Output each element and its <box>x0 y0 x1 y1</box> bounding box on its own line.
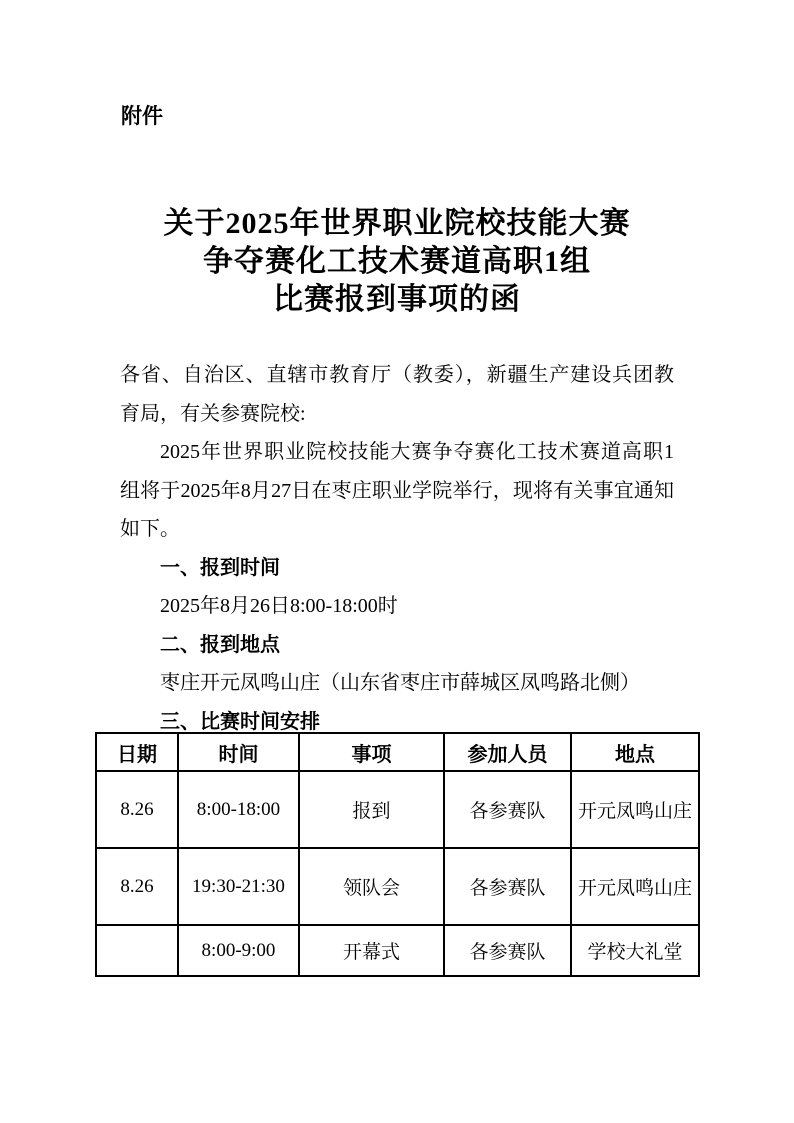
table-cell: 开幕式 <box>299 925 444 976</box>
table-cell: 8:00-18:00 <box>178 771 299 848</box>
title-line-2: 争夺赛化工技术赛道高职1组 <box>0 243 794 281</box>
document-body: 各省、自治区、直辖市教育厅（教委），新疆生产建设兵团教 育局，有关参赛院校: 2… <box>120 356 674 741</box>
table-cell: 8:00-9:00 <box>178 925 299 976</box>
section-2-heading: 二、报到地点 <box>120 626 674 665</box>
column-header-event: 事项 <box>299 733 444 771</box>
table-cell: 开元凤鸣山庄 <box>571 771 699 848</box>
table-row-3: 8:00-9:00 开幕式 各参赛队 学校大礼堂 <box>96 925 699 976</box>
intro-line-1: 2025年世界职业院校技能大赛争夺赛化工技术赛道高职1 <box>120 433 674 472</box>
intro-line-3: 如下。 <box>120 510 674 549</box>
table-cell: 各参赛队 <box>444 771 571 848</box>
column-header-participants: 参加人员 <box>444 733 571 771</box>
table-cell: 各参赛队 <box>444 848 571 925</box>
table-cell <box>96 925 178 976</box>
table-cell: 领队会 <box>299 848 444 925</box>
salutation-line-2: 育局，有关参赛院校: <box>120 395 674 434</box>
section-1-body: 2025年8月26日8:00-18:00时 <box>120 587 674 626</box>
document-title: 关于2025年世界职业院校技能大赛 争夺赛化工技术赛道高职1组 比赛报到事项的函 <box>0 205 794 319</box>
salutation-line-1: 各省、自治区、直辖市教育厅（教委），新疆生产建设兵团教 <box>120 356 674 395</box>
intro-line-2: 组将于2025年8月27日在枣庄职业学院举行，现将有关事宜通知 <box>120 472 674 511</box>
column-header-time: 时间 <box>178 733 299 771</box>
schedule-table: 日期 时间 事项 参加人员 地点 8.26 8:00-18:00 报到 各参赛队… <box>95 732 700 977</box>
section-2-body: 枣庄开元凤鸣山庄（山东省枣庄市薛城区凤鸣路北侧） <box>120 664 674 703</box>
document-page: 附件 关于2025年世界职业院校技能大赛 争夺赛化工技术赛道高职1组 比赛报到事… <box>0 0 794 1123</box>
table-cell: 19:30-21:30 <box>178 848 299 925</box>
table-header-row: 日期 时间 事项 参加人员 地点 <box>96 733 699 771</box>
table-cell: 学校大礼堂 <box>571 925 699 976</box>
table-cell: 8.26 <box>96 848 178 925</box>
table-cell: 各参赛队 <box>444 925 571 976</box>
attachment-label: 附件 <box>121 100 163 130</box>
table-row-2: 8.26 19:30-21:30 领队会 各参赛队 开元凤鸣山庄 <box>96 848 699 925</box>
column-header-date: 日期 <box>96 733 178 771</box>
table-cell: 开元凤鸣山庄 <box>571 848 699 925</box>
table-cell: 报到 <box>299 771 444 848</box>
column-header-location: 地点 <box>571 733 699 771</box>
title-line-1: 关于2025年世界职业院校技能大赛 <box>0 205 794 243</box>
section-1-heading: 一、报到时间 <box>120 549 674 588</box>
title-line-3: 比赛报到事项的函 <box>0 281 794 319</box>
table-row-1: 8.26 8:00-18:00 报到 各参赛队 开元凤鸣山庄 <box>96 771 699 848</box>
table-cell: 8.26 <box>96 771 178 848</box>
